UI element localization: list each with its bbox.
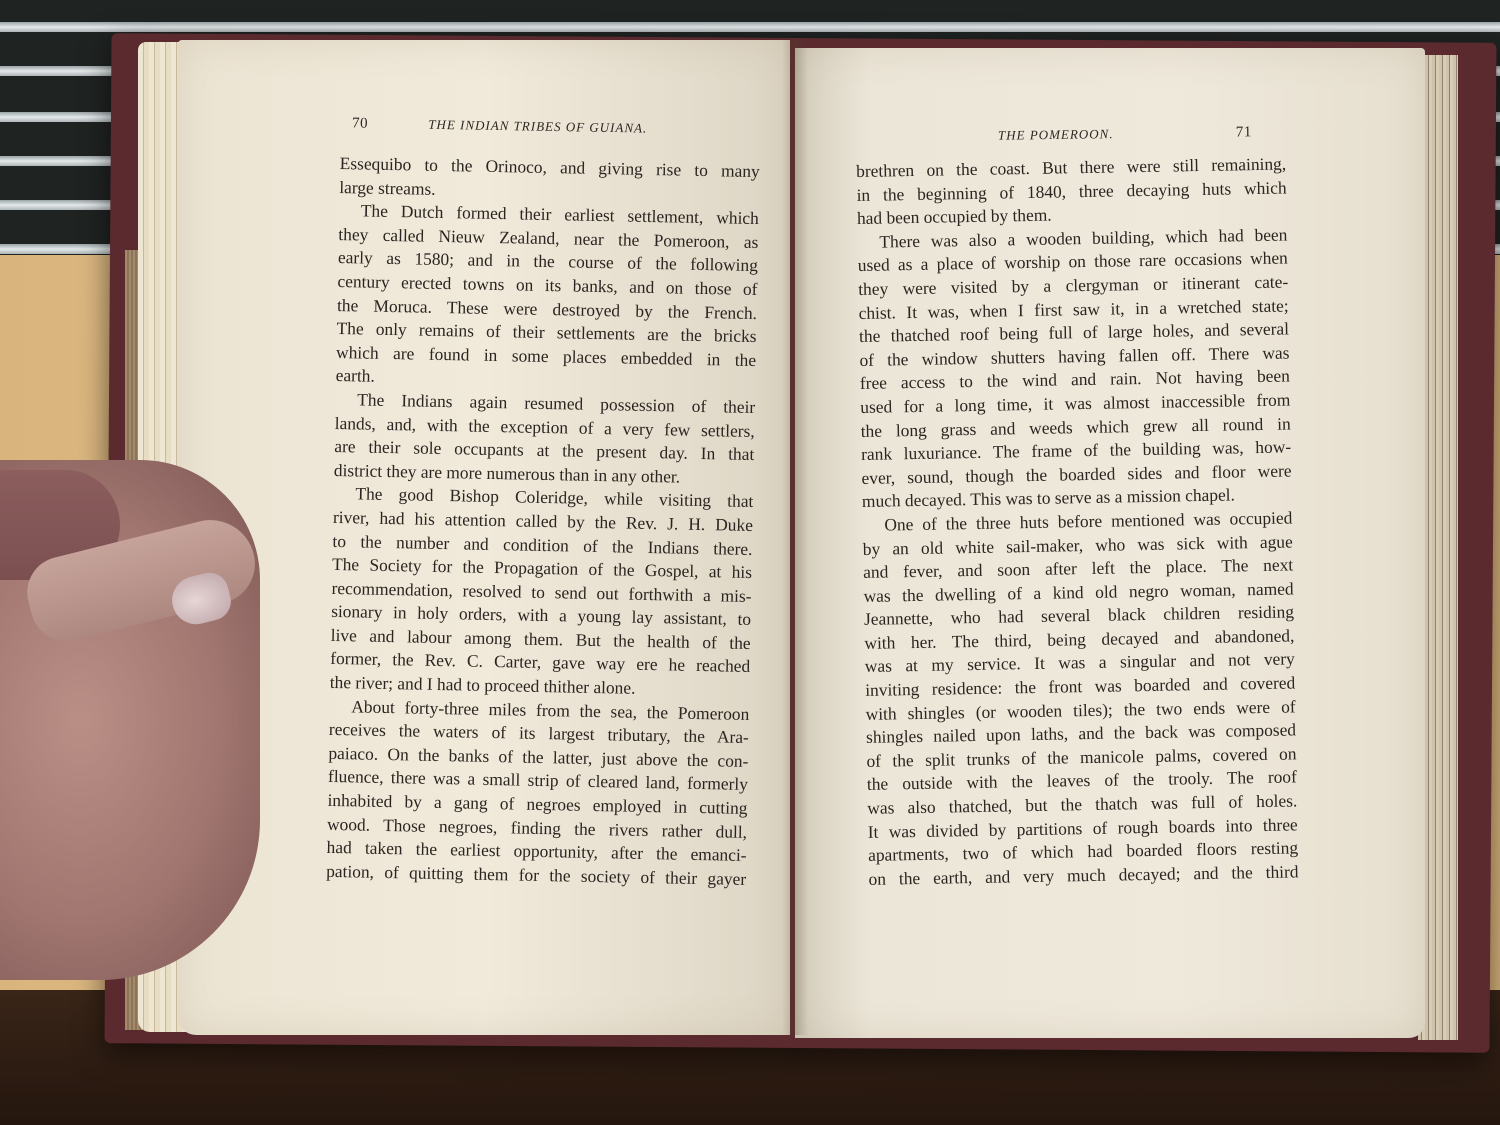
left-running-title: THE INDIAN TRIBES OF GUIANA. <box>428 117 647 136</box>
blind-slat <box>0 22 1500 32</box>
left-page-text: Essequibo to the Orinoco, and giving ris… <box>326 152 760 891</box>
right-page-number: 71 <box>1236 124 1252 140</box>
right-running-head: THE POMEROON. 71 <box>998 124 1252 145</box>
right-running-title: THE POMEROON. <box>998 126 1114 143</box>
book-gutter <box>782 40 808 1035</box>
right-page-text: brethren on the coast. But there were st… <box>856 152 1299 891</box>
left-page-number: 70 <box>352 115 368 131</box>
